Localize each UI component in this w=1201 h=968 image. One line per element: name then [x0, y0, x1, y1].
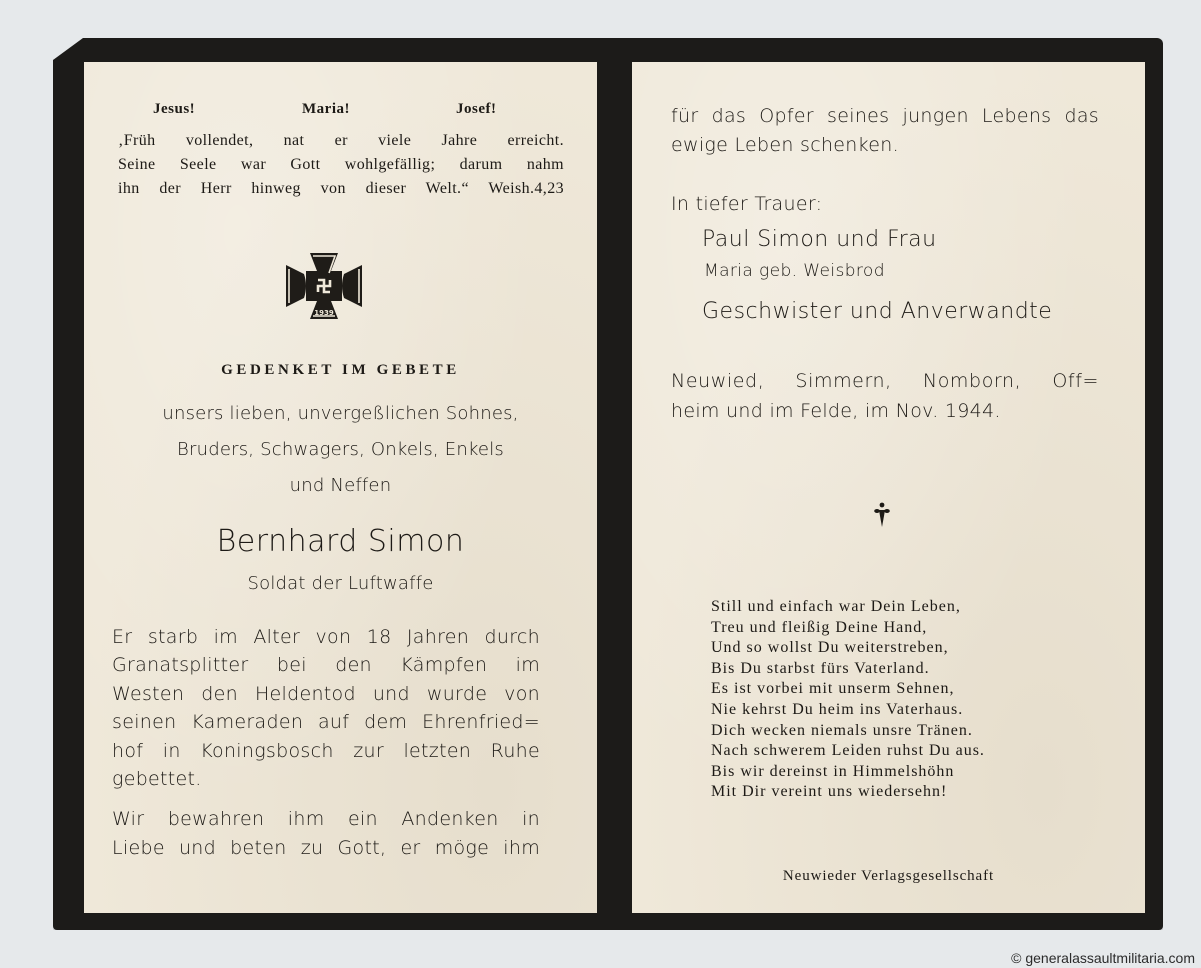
poem-line: Bis wir dereinst in Himmelshöhn: [711, 762, 985, 783]
intro-line: und Neffen: [84, 475, 597, 496]
place-date-line: Neuwied, Simmern, Nomborn, Off=: [671, 370, 1099, 392]
invocation-josef: Josef!: [456, 101, 497, 118]
heading-gedenket: GEDENKET IM GEBETE: [84, 362, 597, 379]
poem-line: Mit Dir vereint uns wiedersehn!: [711, 782, 985, 803]
invocation-maria: Maria!: [302, 101, 350, 118]
poem-line: Nach schwerem Leiden ruhst Du aus.: [711, 741, 985, 762]
remembrance-paragraph-line: Wir bewahren ihm ein Andenken in: [112, 808, 540, 830]
poem-line: Bis Du starbst fürs Vaterland.: [711, 659, 985, 680]
continuation-line: ewige Leben schenken.: [671, 134, 1099, 156]
bible-quote-line: ‚Früh vollendet, nat er viele Jahre erre…: [118, 132, 564, 150]
invocation-jesus: Jesus!: [153, 101, 195, 118]
publisher-imprint: Neuwieder Verlagsgesellschaft: [632, 868, 1145, 885]
mourner-mother: Maria geb. Weisbrod: [704, 261, 885, 281]
death-paragraph-line: hof in Koningsbosch zur letzten Ruhe: [112, 740, 540, 762]
mourner-parents: Paul Simon und Frau: [702, 227, 937, 252]
poem-line: Es ist vorbei mit unserm Sehnen,: [711, 679, 985, 700]
svg-text:1939: 1939: [314, 309, 334, 317]
bible-quote-line: Seine Seele war Gott wohlgefällig; darum…: [118, 156, 564, 174]
poem-line: Und so wollst Du weiterstreben,: [711, 638, 985, 659]
death-paragraph-line: Er starb im Alter von 18 Jahren durch: [112, 626, 540, 648]
death-paragraph-line: Granatsplitter bei den Kämpfen im: [112, 654, 540, 676]
mourner-relatives: Geschwister und Anverwandte: [702, 299, 1052, 324]
poem-line: Still und einfach war Dein Leben,: [711, 597, 985, 618]
poem-line: Nie kehrst Du heim ins Vaterhaus.: [711, 700, 985, 721]
continuation-line: für das Opfer seines jungen Lebens das: [671, 105, 1099, 127]
bible-quote-line: ihn der Herr hinweg von dieser Welt.“ We…: [118, 180, 564, 198]
poem-line: Dich wecken niemals unsre Tränen.: [711, 721, 985, 742]
death-paragraph-line: Westen den Heldentod und wurde von: [112, 683, 540, 705]
iron-cross-icon: 1939: [284, 251, 364, 321]
copyright-watermark: © generalassaultmilitaria.com: [1011, 950, 1195, 966]
intro-line: Bruders, Schwagers, Onkels, Enkels: [84, 439, 597, 460]
death-paragraph-line: gebettet.: [112, 768, 540, 790]
poem-line: Treu und fleißig Deine Hand,: [711, 618, 985, 639]
remembrance-paragraph-line: Liebe und beten zu Gott, er möge ihm: [112, 837, 540, 859]
death-paragraph-line: seinen Kameraden auf dem Ehrenfried=: [112, 711, 540, 733]
small-cross-icon: [874, 502, 890, 532]
place-date-line: heim und im Felde, im Nov. 1944.: [671, 400, 1099, 422]
intro-line: unsers lieben, unvergeßlichen Sohnes,: [84, 403, 597, 424]
mourning-label: In tiefer Trauer:: [671, 193, 1099, 215]
poem: Still und einfach war Dein Leben, Treu u…: [711, 597, 985, 803]
deceased-rank: Soldat der Luftwaffe: [84, 573, 597, 594]
deceased-name: Bernhard Simon: [84, 524, 597, 559]
